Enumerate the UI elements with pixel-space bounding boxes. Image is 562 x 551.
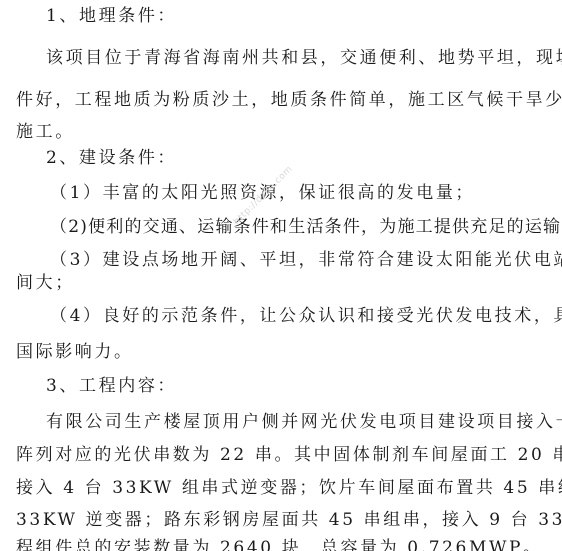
list-item-continuation: 间大； (16, 273, 75, 293)
paragraph-line: 件好，工程地质为粉质沙土，地质条件简单，施工区气候干旱少雨，适宜 (16, 90, 562, 110)
paragraph-line: 施工。 (16, 122, 75, 142)
list-item-continuation: 国际影响力。 (16, 342, 134, 362)
list-item: （3）建设点场地开阔、平坦，非常符合建设太阳能光伏电站且扩容空 (50, 250, 562, 270)
paragraph-line: 接入 4 台 33KW 组串式逆变器；饮片车间屋面布置共 45 串组串，接入 9… (16, 478, 562, 498)
paragraph-line: 有限公司生产楼屋顶用户侧并网光伏发电项目建设项目接入一串光伏 (46, 412, 562, 432)
paragraph-line: 阵列对应的光伏串数为 22 串。其中固体制剂车间屋面工 20 串光伏组件， (16, 445, 562, 465)
section-heading-content: 3、工程内容： (46, 376, 177, 396)
paragraph-line: 33KW 逆变器；路东彩钢房屋面共 45 串组串，接入 9 台 33KW 逆变器… (16, 510, 562, 530)
section-heading-geography: 1、地理条件： (46, 6, 177, 26)
paragraph-line: 该项目位于青海省海南州共和县，交通便利、地势平坦，现场布置条 (46, 48, 562, 68)
paragraph-line: 程组件总的安装数量为 2640 块，总容量为 0.726MWP。 (16, 538, 543, 551)
list-item: （4）良好的示范条件，让公众认识和接受光伏发电技术，具有一定的 (50, 306, 562, 326)
list-item: （2)便利的交通、运输条件和生活条件，为施工提供充足的运输工具； (50, 217, 562, 237)
section-heading-construction: 2、建设条件： (46, 148, 177, 168)
